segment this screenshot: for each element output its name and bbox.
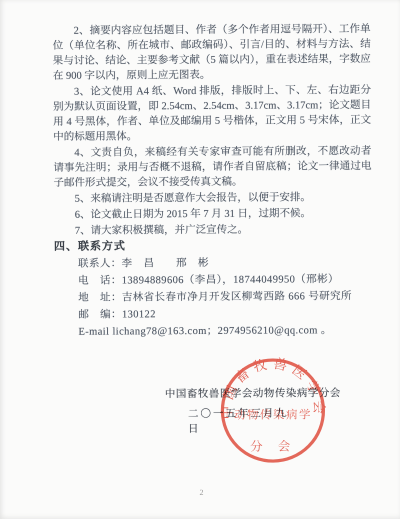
notice-item-6: 6、论文截止日期为 2015 年 7 月 31 日，过期不候。 xyxy=(54,206,372,223)
page-number: 2 xyxy=(1,487,400,498)
document-sheet: 2、摘要内容应包括题目、作者（多个作者用逗号隔开）、工作单位（单位名称、所在城市… xyxy=(0,0,400,519)
scanned-notice-page: 2、摘要内容应包括题目、作者（多个作者用逗号隔开）、工作单位（单位名称、所在城市… xyxy=(0,0,400,519)
contact-section-heading: 四、联系方式 xyxy=(54,238,372,255)
notice-item-3: 3、论文使用 A4 纸、Word 排版，排版时上、下、左、右边距分别为默认页面设… xyxy=(53,83,371,145)
notice-item-5: 5、来稿请注明是否愿意作大会报告，以便于安排。 xyxy=(54,190,372,207)
contact-email-line: E-mail lichang78@163.com；2974956210@qq.c… xyxy=(78,322,372,341)
contact-zipcode-line: 邮 编：130122 xyxy=(78,305,372,324)
official-seal-stamp: 中国畜牧兽医学会 动物传染病学 分 会 xyxy=(218,355,329,466)
contact-phone-line: 电 话：13894889606（李昌），18744049950（邢彬） xyxy=(78,271,372,290)
seal-center-text: 动物传染病学 xyxy=(234,407,312,421)
contact-person-line: 联系人：李 昌 邢 彬 xyxy=(78,254,372,273)
contact-address-line: 地 址：吉林省长春市净月开发区柳莺西路 666 号研究所 xyxy=(78,288,372,307)
notice-body: 2、摘要内容应包括题目、作者（多个作者用逗号隔开）、工作单位（单位名称、所在城市… xyxy=(53,22,373,341)
seal-bottom-text: 分 会 xyxy=(250,438,296,453)
contact-block: 联系人：李 昌 邢 彬 电 话：13894889606（李昌），18744049… xyxy=(78,254,373,341)
notice-item-7: 7、请大家积极撰稿，并广泛宣传之。 xyxy=(54,222,372,239)
notice-item-4: 4、文责自负，来稿经有关专家审查可能有所删改，不愿改动者请事先注明；录用与否概不… xyxy=(53,144,371,191)
notice-item-2: 2、摘要内容应包括题目、作者（多个作者用逗号隔开）、工作单位（单位名称、所在城市… xyxy=(53,22,371,84)
